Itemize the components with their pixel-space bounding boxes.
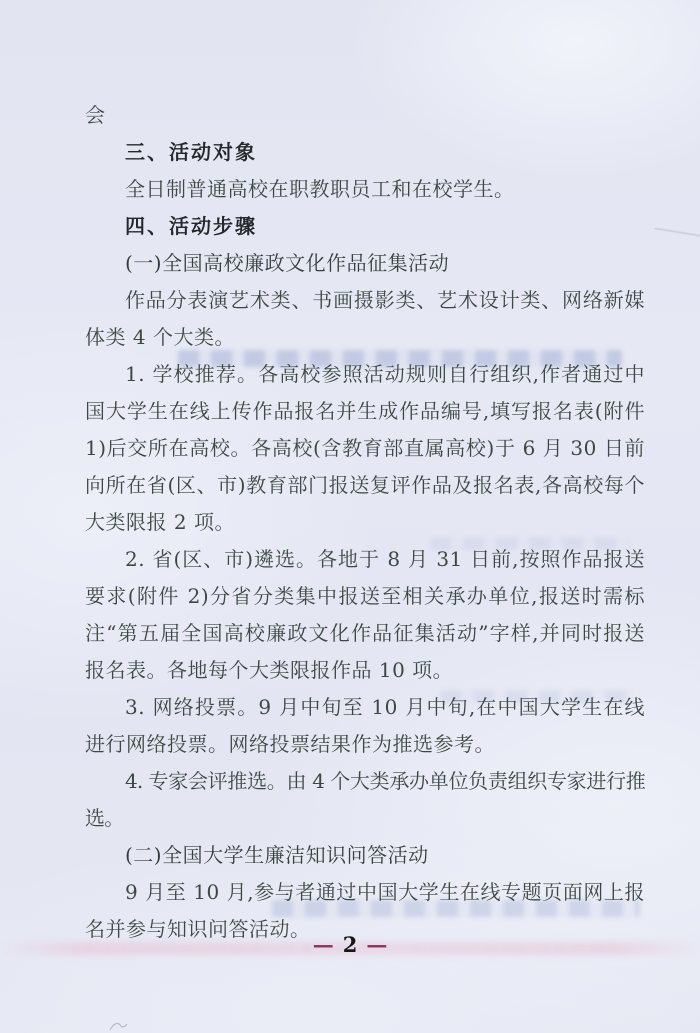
page-number-footer: —2—: [0, 930, 700, 960]
paragraph-step-2: 2. 省(区、市)遴选。各地于 8 月 31 日前,按照作品报送要求(附件 2)…: [85, 541, 645, 689]
paragraph-step-4: 4. 专家会评推选。由 4 个大类承办单位负责组织专家进行推选。: [85, 763, 645, 837]
section-heading-4: 四、活动步骤: [85, 208, 645, 245]
paragraph-audience: 全日制普通高校在职教职员工和在校学生。: [85, 171, 645, 208]
scanned-document-page: 会 三、活动对象 全日制普通高校在职教职员工和在校学生。 四、活动步骤 (一)全…: [0, 0, 700, 1033]
subsection-heading-1: (一)全国高校廉政文化作品征集活动: [85, 245, 645, 282]
footer-right-dash: —: [366, 932, 387, 957]
carryover-line: 会: [85, 97, 645, 134]
paragraph-categories: 作品分表演艺术类、书画摄影类、艺术设计类、网络新媒体类 4 个大类。: [85, 282, 645, 356]
section-heading-3: 三、活动对象: [85, 134, 645, 171]
paragraph-step-3: 3. 网络投票。9 月中旬至 10 月中旬,在中国大学生在线进行网络投票。网络投…: [85, 689, 645, 763]
paragraph-step-1: 1. 学校推荐。各高校参照活动规则自行组织,作者通过中国大学生在线上传作品报名并…: [85, 356, 645, 541]
page-number: 2: [334, 932, 367, 957]
paper-crease: [654, 228, 700, 237]
subsection-heading-2: (二)全国大学生廉洁知识问答活动: [85, 837, 645, 874]
footer-left-dash: —: [313, 932, 334, 957]
stray-mark: [107, 1019, 129, 1033]
document-body: 会 三、活动对象 全日制普通高校在职教职员工和在校学生。 四、活动步骤 (一)全…: [85, 97, 645, 948]
